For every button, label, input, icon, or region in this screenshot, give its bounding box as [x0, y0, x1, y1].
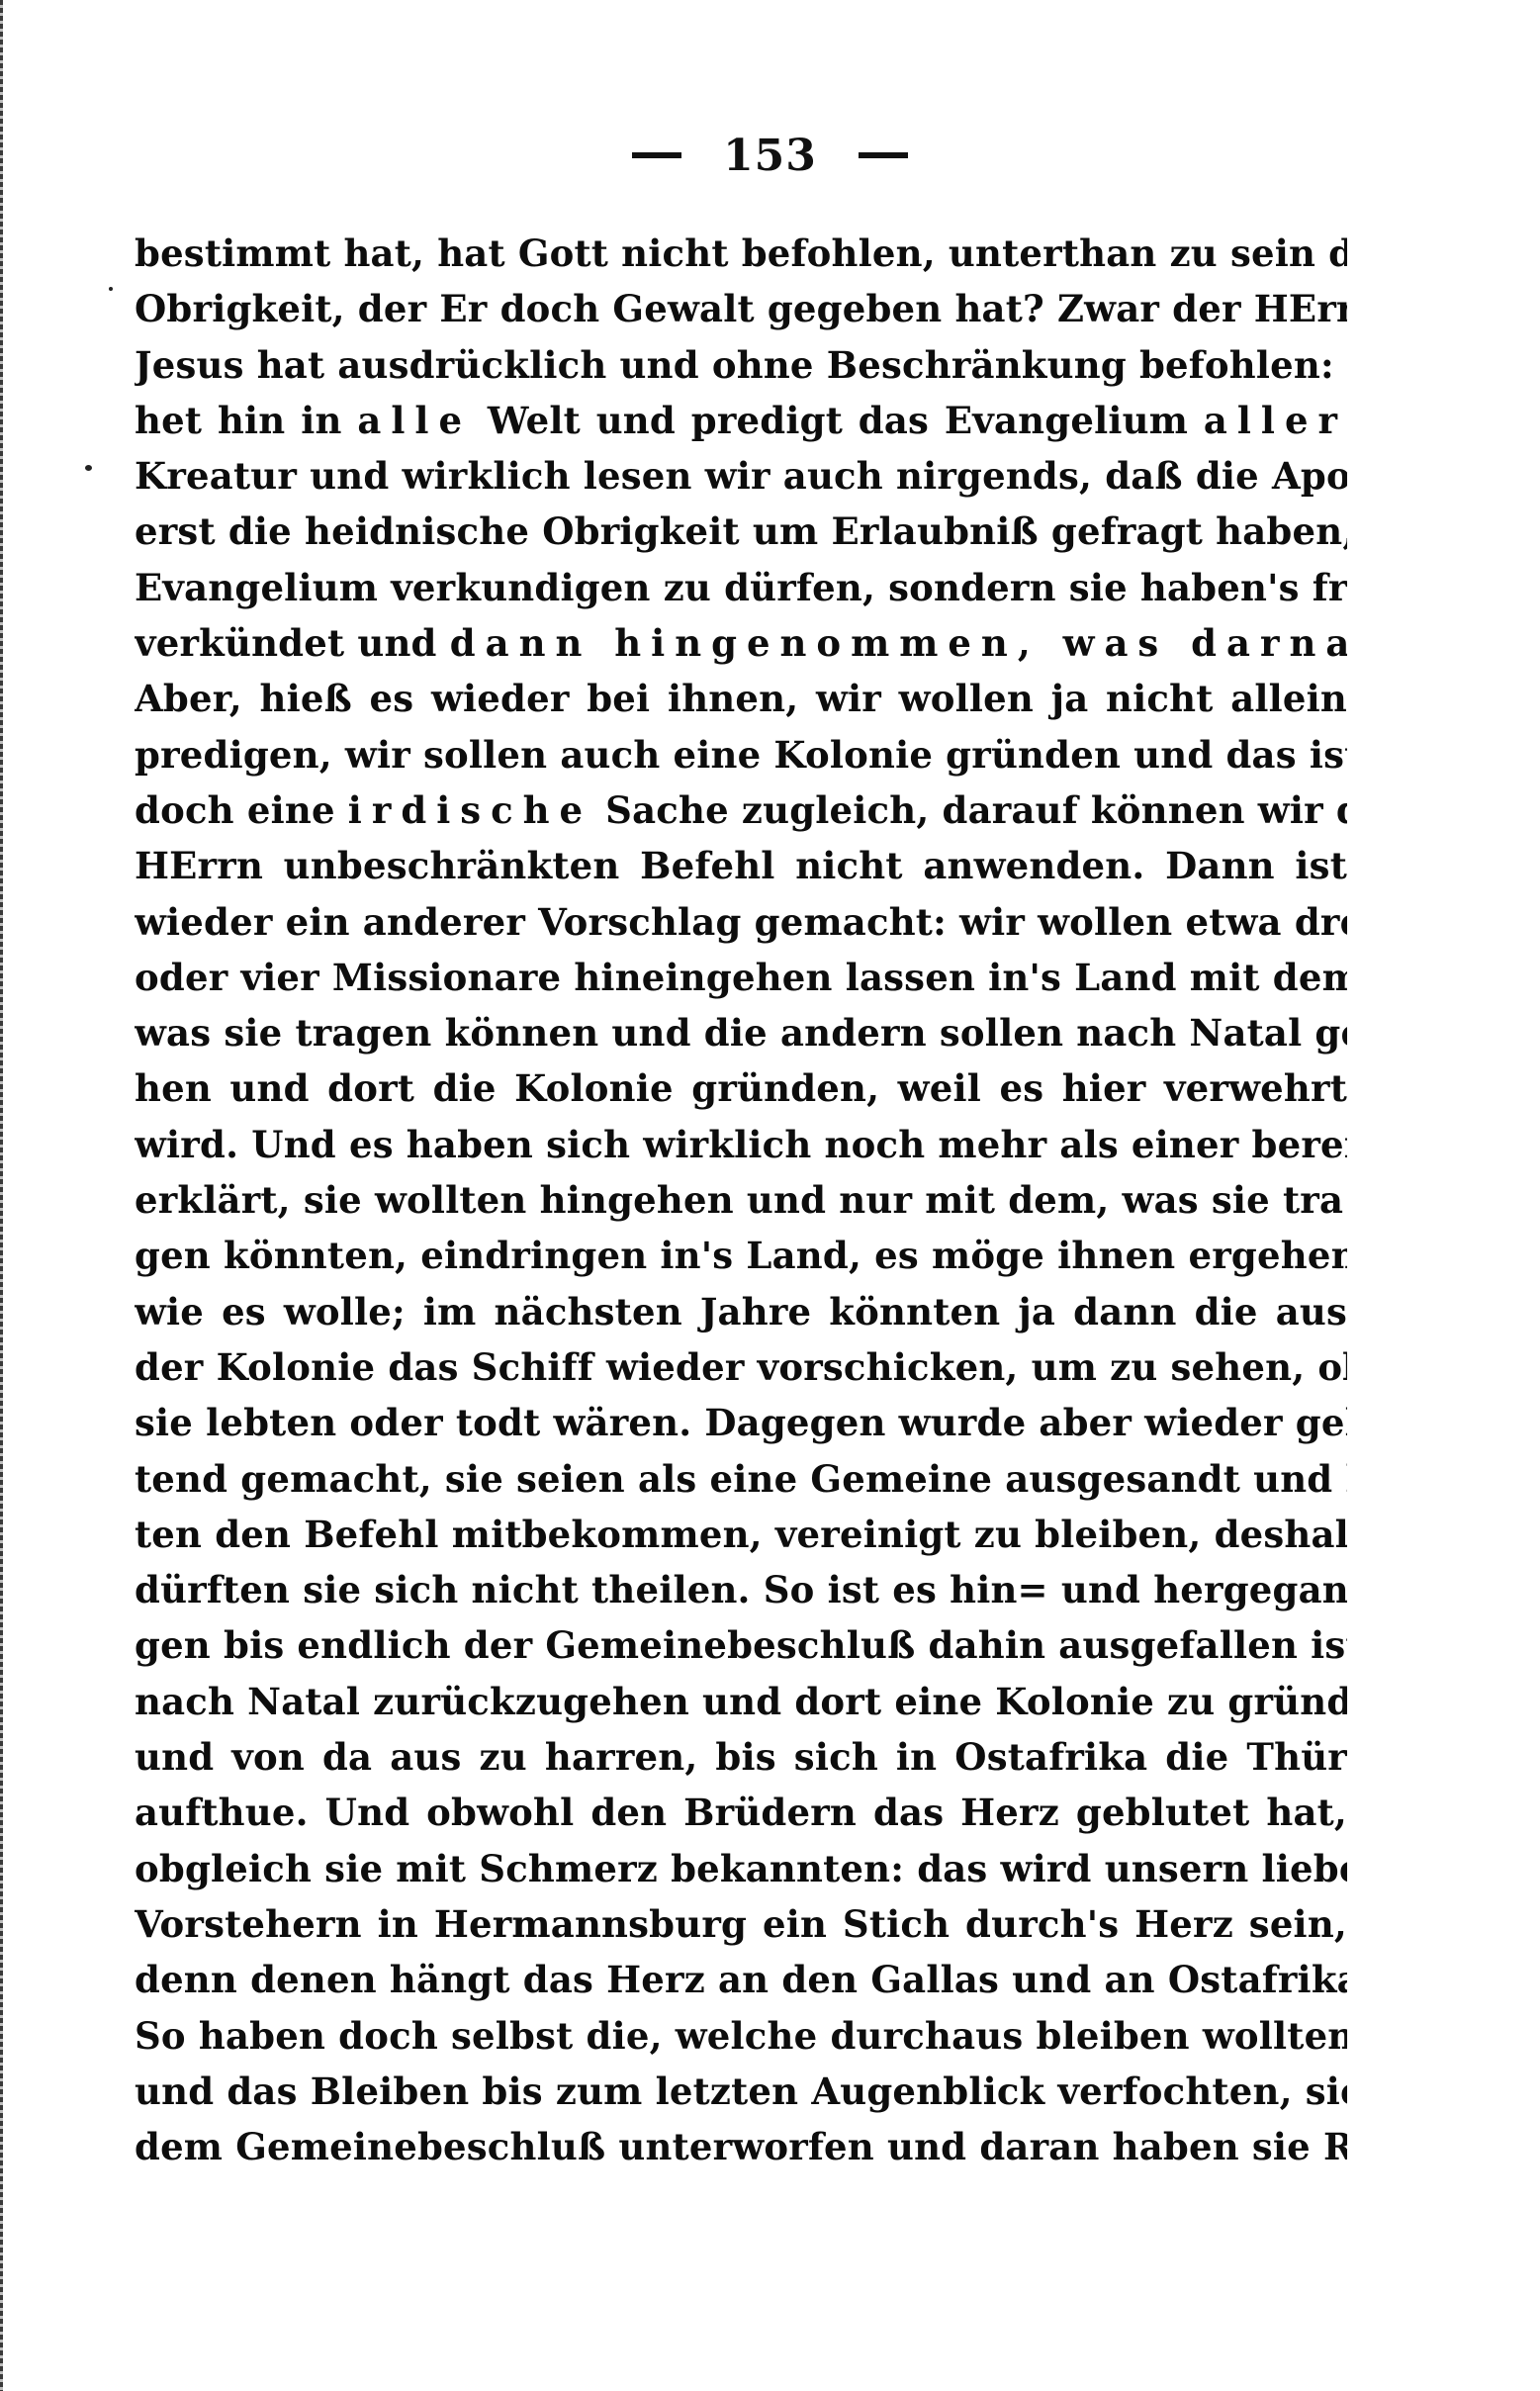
text-line: wie es wolle; im nächsten Jahre könnten …	[135, 1284, 1347, 1339]
text-line: HErrn unbeschränkten Befehl nicht anwend…	[135, 838, 1347, 893]
text-line: wird. Und es haben sich wirklich noch me…	[135, 1117, 1347, 1172]
text-line: Aber, hieß es wieder bei ihnen, wir woll…	[135, 671, 1347, 726]
text-run: Welt und predigt das Evangelium	[472, 399, 1204, 442]
text-line: tend gemacht, sie seien als eine Gemeine…	[135, 1451, 1347, 1507]
text-line: Vorstehern in Hermannsburg ein Stich dur…	[135, 1896, 1347, 1952]
text-line: dem Gemeinebeschluß unterworfen und dara…	[135, 2119, 1347, 2174]
page-number-header: 153	[0, 131, 1540, 181]
margin-speck	[85, 465, 92, 471]
text-line: nach Natal zurückzugehen und dort eine K…	[135, 1674, 1347, 1729]
text-line: ten den Befehl mitbekommen, vereinigt zu…	[135, 1507, 1347, 1562]
text-line: und von da aus zu harren, bis sich in Os…	[135, 1729, 1347, 1785]
text-line: Jesus hat ausdrücklich und ohne Beschrän…	[135, 337, 1347, 393]
text-line: sie lebten oder todt wären. Dagegen wurd…	[135, 1395, 1347, 1450]
text-line: Kreatur und wirklich lesen wir auch nirg…	[135, 448, 1347, 504]
text-line: aufthue. Und obwohl den Brüdern das Herz…	[135, 1785, 1347, 1840]
text-line: Evangelium verkundigen zu dürfen, sonder…	[135, 560, 1347, 615]
text-line: der Kolonie das Schiff wieder vorschicke…	[135, 1339, 1347, 1395]
emphasized-text: dann hingenommen, was darnach	[450, 621, 1347, 665]
text-run: doch eine	[135, 788, 348, 832]
text-line: Obrigkeit, der Er doch Gewalt gegeben ha…	[135, 281, 1347, 336]
margin-speck	[109, 287, 113, 291]
page-number-dash-right	[859, 152, 908, 158]
emphasized-text: irdische	[348, 788, 592, 832]
text-line: obgleich sie mit Schmerz bekannten: das …	[135, 1841, 1347, 1896]
text-line: het hin in alle Welt und predigt das Eva…	[135, 393, 1347, 448]
emphasized-text: aller	[1204, 399, 1347, 442]
text-line: verkündet und dann hingenommen, was darn…	[135, 615, 1347, 671]
text-run: Sache zugleich, darauf können wir des	[592, 788, 1347, 832]
text-line: bestimmt hat, hat Gott nicht befohlen, u…	[135, 226, 1347, 281]
text-line: erst die heidnische Obrigkeit um Erlaubn…	[135, 504, 1347, 559]
text-line: dürften sie sich nicht theilen. So ist e…	[135, 1562, 1347, 1617]
text-run: verkündet und	[135, 621, 450, 665]
text-line: wieder ein anderer Vorschlag gemacht: wi…	[135, 894, 1347, 950]
text-line: denn denen hängt das Herz an den Gallas …	[135, 1952, 1347, 2007]
body-text: bestimmt hat, hat Gott nicht befohlen, u…	[135, 226, 1347, 2174]
text-line: So haben doch selbst die, welche durchau…	[135, 2008, 1347, 2064]
text-line: gen bis endlich der Gemeinebeschluß dahi…	[135, 1617, 1347, 1673]
page-number-dash-left	[632, 152, 681, 158]
text-line: was sie tragen können und die andern sol…	[135, 1005, 1347, 1060]
text-run: het hin in	[135, 399, 357, 442]
text-line: erklärt, sie wollten hingehen und nur mi…	[135, 1172, 1347, 1228]
emphasized-text: alle	[357, 399, 472, 442]
text-line: oder vier Missionare hineingehen lassen …	[135, 950, 1347, 1005]
page-number: 153	[723, 131, 817, 181]
text-line: hen und dort die Kolonie gründen, weil e…	[135, 1060, 1347, 1116]
text-line: gen könnten, eindringen in's Land, es mö…	[135, 1228, 1347, 1283]
text-line: und das Bleiben bis zum letzten Augenbli…	[135, 2064, 1347, 2119]
scan-edge-border	[0, 0, 3, 2391]
text-line: doch eine irdische Sache zugleich, darau…	[135, 782, 1347, 838]
text-line: predigen, wir sollen auch eine Kolonie g…	[135, 727, 1347, 782]
